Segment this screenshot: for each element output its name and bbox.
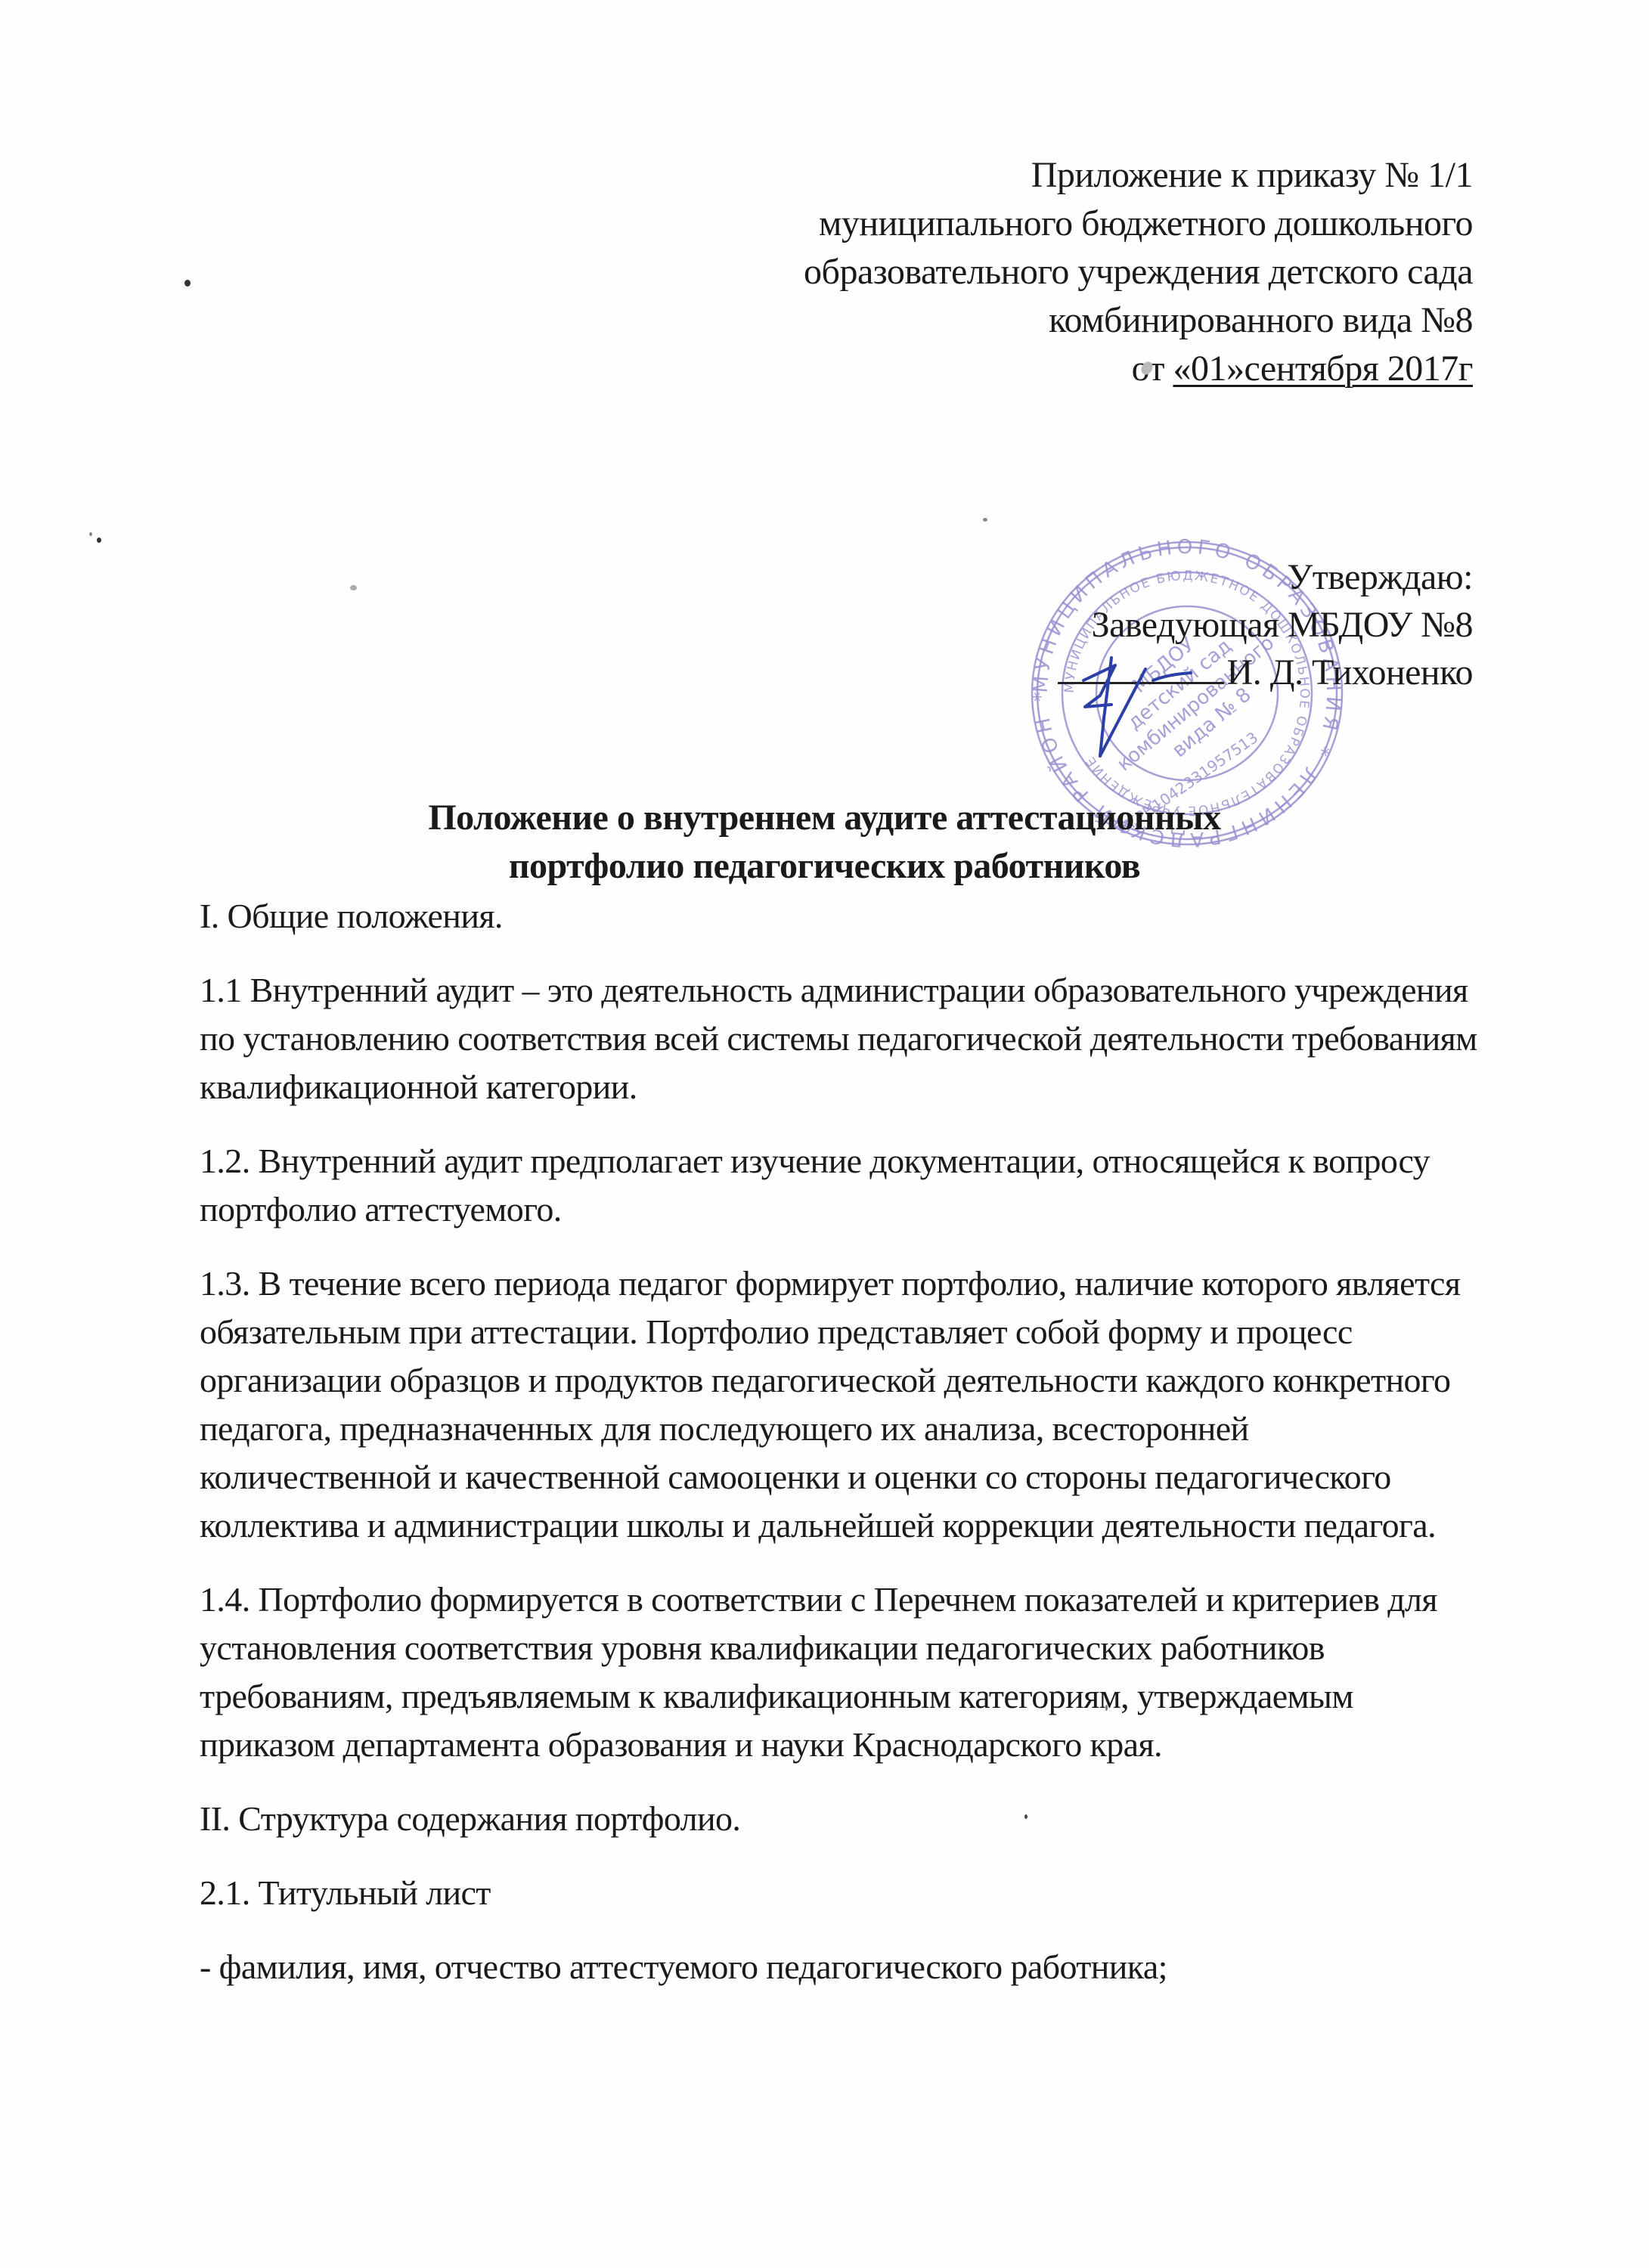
scan-speck (184, 280, 191, 287)
scan-speck (350, 585, 357, 590)
scan-speck (983, 518, 987, 522)
title-line: портфолио педагогических работников (0, 842, 1649, 891)
paragraph: 2.1. Титульный лист (200, 1869, 1477, 1917)
paragraph: 1.3. В течение всего периода педагог фор… (200, 1259, 1477, 1550)
order-appendix-header: Приложение к приказу № 1/1 муниципальног… (804, 151, 1473, 393)
scan-speck (1105, 1705, 1108, 1711)
header-line: Приложение к приказу № 1/1 (804, 151, 1473, 200)
title-line: Положение о внутреннем аудите аттестацио… (0, 794, 1649, 842)
scan-speck (89, 532, 92, 536)
document-title: Положение о внутреннем аудите аттестацио… (0, 794, 1649, 891)
scan-speck (1024, 1814, 1028, 1819)
order-date: от «01»сентября 2017г (804, 345, 1473, 393)
section-heading: II. Структура содержания портфолио. (200, 1795, 1477, 1843)
date-value: «01»сентября 2017г (1173, 349, 1474, 389)
section-heading: I. Общие положения. (200, 892, 1477, 940)
paragraph: 1.1 Внутренний аудит – это деятельность … (200, 966, 1477, 1111)
approval-label: Утверждаю: (1058, 553, 1473, 601)
document-body: I. Общие положения. 1.1 Внутренний аудит… (200, 892, 1477, 2017)
scan-speck (97, 538, 101, 543)
scanned-document-page: Приложение к приказу № 1/1 муниципальног… (0, 0, 1649, 2268)
header-line: образовательного учреждения детского сад… (804, 248, 1473, 296)
list-item: - фамилия, имя, отчество аттестуемого пе… (200, 1943, 1477, 1991)
header-line: комбинированного вида №8 (804, 296, 1473, 345)
header-line: муниципального бюджетного дошкольного (804, 200, 1473, 248)
paragraph: 1.2. Внутренний аудит предполагает изуче… (200, 1137, 1477, 1234)
handwritten-signature-icon (1070, 635, 1198, 764)
paragraph: 1.4. Портфолио формируется в соответстви… (200, 1576, 1477, 1769)
approver-name: И. Д. Тихоненко (1227, 652, 1473, 692)
